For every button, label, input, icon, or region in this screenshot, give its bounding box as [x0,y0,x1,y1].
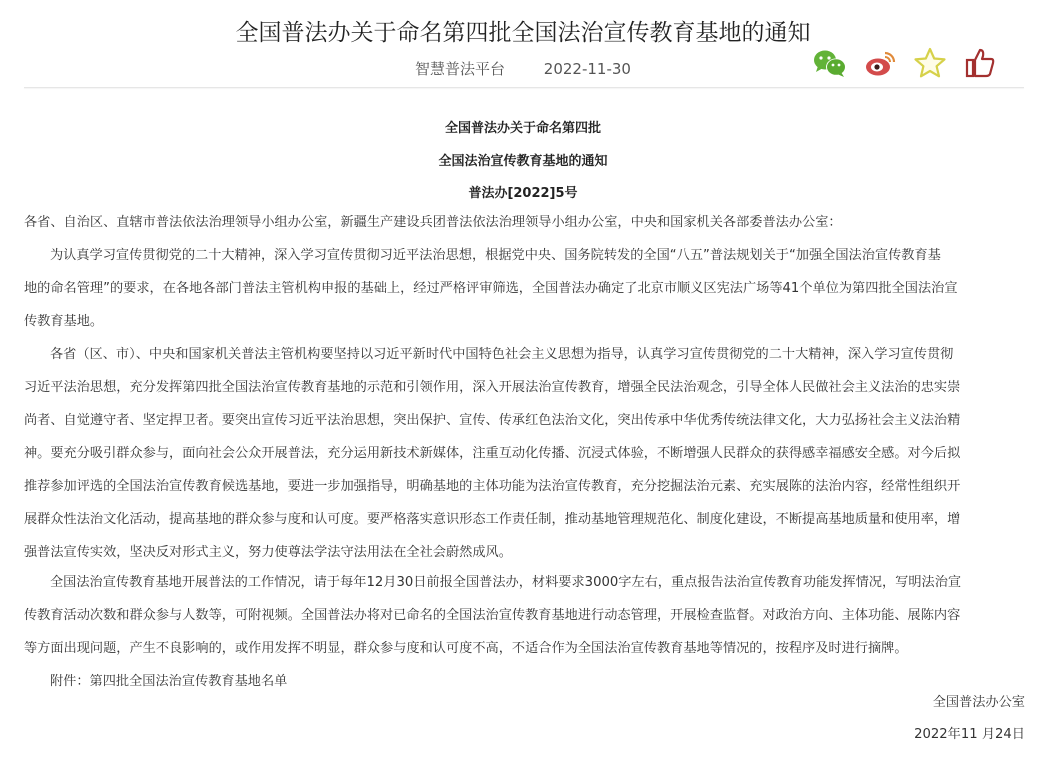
paragraph-1: 为认真学习宣传贯彻党的二十大精神，深入学习宣传贯彻习近平法治思想，根据党中央、国… [24,239,1024,338]
paragraph-3: 全国法治宣传教育基地开展普法的工作情况，请于每年12月30日前报全国普法办，材料… [24,566,1024,665]
like-thumb-icon[interactable] [962,46,998,80]
paragraph-line: 等方面出现问题，产生不良影响的，或作用发挥不明显，群众参与度和认可度不高，不适合… [24,632,1024,665]
weibo-icon[interactable] [862,46,898,80]
article-date: 2022-11-30 [544,60,631,78]
wechat-icon[interactable] [812,46,848,80]
document-heading-line2: 全国法治宣传教育基地的通知 [0,150,1046,169]
favorite-star-icon[interactable] [912,46,948,80]
attachment-note: 附件：第四批全国法治宣传教育基地名单 [24,665,1024,698]
article-source: 智慧普法平台 [415,60,505,78]
paragraph-2: 各省（区、市）、中央和国家机关普法主管机构要坚持以习近平新时代中国特色社会主义思… [24,338,1024,569]
signature-organization: 全国普法办公室 [933,691,1025,710]
paragraph-line: 习近平法治思想，充分发挥第四批全国法治宣传教育基地的示范和引领作用，深入开展法治… [24,371,1024,404]
paragraph-line: 为认真学习宣传贯彻党的二十大精神，深入学习宣传贯彻习近平法治思想，根据党中央、国… [24,239,1024,272]
article-header: 全国普法办关于命名第四批全国法治宣传教育基地的通知 智慧普法平台 2022-11… [0,0,1046,90]
paragraph-line: 展群众性法治文化活动，提高基地的群众参与度和认可度。要严格落实意识形态工作责任制… [24,503,1024,536]
paragraph-line: 尚者、自觉遵守者、坚定捍卫者。要突出宣传习近平法治思想，突出保护、宣传、传承红色… [24,404,1024,437]
paragraph-line: 神。要充分吸引群众参与，面向社会公众开展普法，充分运用新技术新媒体，注重互动化传… [24,437,1024,470]
paragraph-line: 地的命名管理”的要求，在各地各部门普法主管机构申报的基础上，经过严格评审筛选，全… [24,272,1024,305]
attachment-text: 附件：第四批全国法治宣传教育基地名单 [24,665,1024,698]
page-title: 全国普法办关于命名第四批全国法治宣传教育基地的通知 [0,14,1046,47]
salutation: 各省、自治区、直辖市普法依法治理领导小组办公室，新疆生产建设兵团普法依法治理领导… [24,206,1024,239]
document-heading-line1: 全国普法办关于命名第四批 [0,117,1046,136]
signature-date: 2022年11 月24日 [914,723,1025,742]
salutation-text: 各省、自治区、直辖市普法依法治理领导小组办公室，新疆生产建设兵团普法依法治理领导… [24,206,1024,239]
paragraph-line: 各省（区、市）、中央和国家机关普法主管机构要坚持以习近平新时代中国特色社会主义思… [24,338,1024,371]
paragraph-line: 传教育基地。 [24,305,1024,338]
document-number: 普法办[2022]5号 [0,182,1046,201]
share-toolbar [812,46,998,80]
paragraph-line: 传教育活动次数和群众参与人数等，可附视频。全国普法办将对已命名的全国法治宣传教育… [24,599,1024,632]
paragraph-line: 强普法宣传实效，坚决反对形式主义，努力使尊法学法守法用法在全社会蔚然成风。 [24,536,1024,569]
paragraph-line: 全国法治宣传教育基地开展普法的工作情况，请于每年12月30日前报全国普法办，材料… [24,566,1024,599]
header-divider [24,87,1024,88]
paragraph-line: 推荐参加评选的全国法治宣传教育候选基地，要进一步加强指导，明确基地的主体功能为法… [24,470,1024,503]
